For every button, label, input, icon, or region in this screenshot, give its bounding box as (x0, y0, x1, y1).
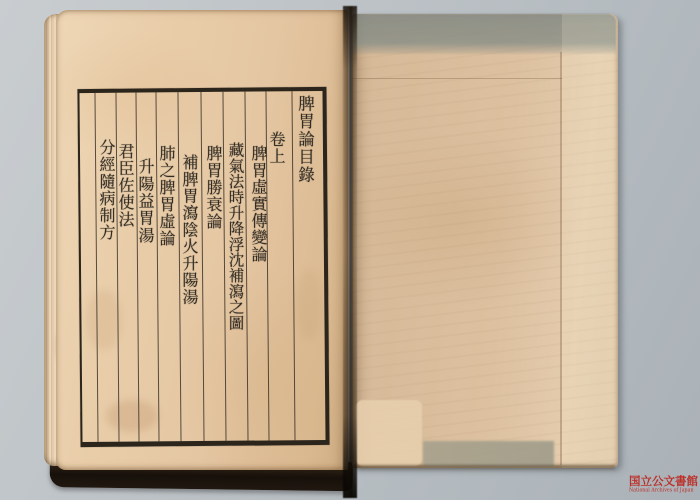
archive-stamp-japanese: 国立公文書館 (629, 475, 700, 488)
toc-entry-column: 脾胃虛實傳變論 (250, 145, 266, 263)
archive-stamp: 国立公文書館 National Archives of Japan (629, 475, 700, 495)
photo-background: 脾胃論 目錄 脾胃論目錄 卷上 脾胃虛實傳變論 藏氣法時升降浮沈補瀉之圖 脾胃勝… (0, 0, 700, 500)
toc-entry-column: 升陽益胃湯 (137, 158, 153, 244)
archive-stamp-english: National Archives of Japan (629, 488, 677, 493)
toc-title-column: 脾胃論目錄 (296, 95, 313, 184)
paper-discoloration-bottom (423, 441, 554, 467)
toc-entry-column: 補脾胃瀉陰火升陽湯 (181, 154, 197, 305)
paper-patch-light (356, 400, 422, 466)
toc-entry-column: 藏氣法時升降浮沈補瀉之圖 (227, 142, 243, 330)
right-page (352, 14, 618, 468)
toc-volume-column: 卷上 (268, 131, 284, 165)
book-gutter (343, 6, 357, 498)
left-page: 脾胃論目錄 卷上 脾胃虛實傳變論 藏氣法時升降浮沈補瀉之圖 脾胃勝衰論 補脾胃瀉… (56, 10, 348, 470)
column-rule (244, 92, 248, 441)
paper-edge-highlight (562, 14, 618, 468)
toc-entry-column: 脾胃勝衰論 (205, 145, 221, 230)
paper-crease (352, 78, 562, 79)
page-bottom-shadow (353, 465, 615, 471)
toc-entry-column: 君臣佐使法 (117, 143, 133, 228)
toc-entry-column: 分經隨病制方 (98, 139, 114, 241)
column-rule (135, 93, 139, 442)
toc-entry-column: 肺之脾胃虛論 (158, 145, 174, 247)
